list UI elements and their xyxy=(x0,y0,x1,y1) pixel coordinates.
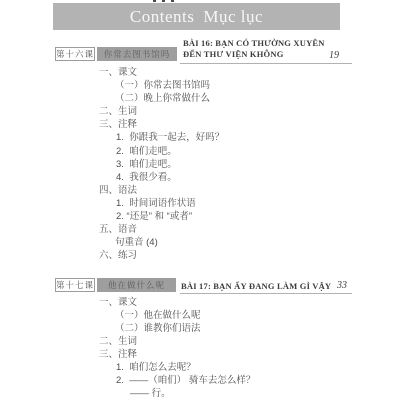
toc-line: 四、语法 xyxy=(0,184,400,197)
lesson16-chinese-title-box: 你常去图书馆吗 xyxy=(97,47,177,61)
banner-title-english: Contents xyxy=(130,7,194,27)
clipped-mark xyxy=(162,0,165,2)
clipped-mark xyxy=(153,0,156,2)
toc-line: —— 行。 xyxy=(0,387,400,400)
toc-line: 2. “还是” 和 “或者” xyxy=(0,210,400,223)
lesson16-vietnamese-title: BÀI 16: BẠN CÓ THƯỜNG XUYÊN ĐẾN THƯ VIỆN… xyxy=(183,38,325,60)
clipped-mark xyxy=(171,0,174,2)
contents-page: Contents Mục lục 第十六课 你常去图书馆吗 BÀI 16: BẠ… xyxy=(0,0,400,400)
toc-line: 句重音 (4) xyxy=(0,236,400,249)
toc-line: 二、生词 xyxy=(0,335,400,348)
toc-line: 一、课文 xyxy=(0,66,400,79)
title-line: BÀI 16: BẠN CÓ THƯỜNG XUYÊN xyxy=(183,38,325,49)
toc-line: 三、注释 xyxy=(0,348,400,361)
toc-line: 一、课文 xyxy=(0,296,400,309)
toc-line: 3. 咱们走吧。 xyxy=(0,158,400,171)
lesson17-number-box: 第十七课 xyxy=(55,278,95,292)
lesson17-divider xyxy=(180,293,352,294)
toc-line: 三、注释 xyxy=(0,118,400,131)
toc-line: （一）他在做什么呢 xyxy=(0,309,400,322)
banner-title-vietnamese: Mục lục xyxy=(203,7,263,27)
lesson17-toc-list: 一、课文 （一）他在做什么呢 （二）谁教你们语法 二、生词 三、注释 1. 咱们… xyxy=(0,296,400,400)
lesson17-chinese-title-box: 他在做什么呢 xyxy=(97,278,176,292)
contents-banner: Contents Mục lục xyxy=(53,3,340,30)
title-line: BÀI 17: BẠN ẤY ĐANG LÀM GÌ VẬY xyxy=(181,281,331,292)
toc-line: 1. 时间词语作状语 xyxy=(0,197,400,210)
lesson16-page-number: 19 xyxy=(329,50,339,61)
toc-line: 4. 我很少看。 xyxy=(0,171,400,184)
toc-line: 2. 咱们走吧。 xyxy=(0,145,400,158)
lesson16-toc-list: 一、课文 （一）你常去图书馆吗 （二）晚上你常做什么 二、生词 三、注释 1. … xyxy=(0,66,400,262)
title-line: ĐẾN THƯ VIỆN KHÔNG xyxy=(183,49,325,60)
toc-line: 1. 咱们怎么去呢？ xyxy=(0,361,400,374)
toc-line: 二、生词 xyxy=(0,105,400,118)
toc-line: （一）你常去图书馆吗 xyxy=(0,79,400,92)
toc-line: 六、练习 xyxy=(0,249,400,262)
toc-line: （二）晚上你常做什么 xyxy=(0,92,400,105)
toc-line: 1. 你跟我一起去，好吗？ xyxy=(0,131,400,144)
toc-line: （二）谁教你们语法 xyxy=(0,322,400,335)
lesson16-divider xyxy=(180,63,352,64)
toc-line: 五、语音 xyxy=(0,223,400,236)
toc-line: 2. ——（咱们） 骑车去怎么样？ xyxy=(0,374,400,387)
lesson17-page-number: 33 xyxy=(337,280,347,291)
lesson17-vietnamese-title: BÀI 17: BẠN ẤY ĐANG LÀM GÌ VẬY xyxy=(181,281,331,292)
lesson16-number-box: 第十六课 xyxy=(55,47,95,61)
